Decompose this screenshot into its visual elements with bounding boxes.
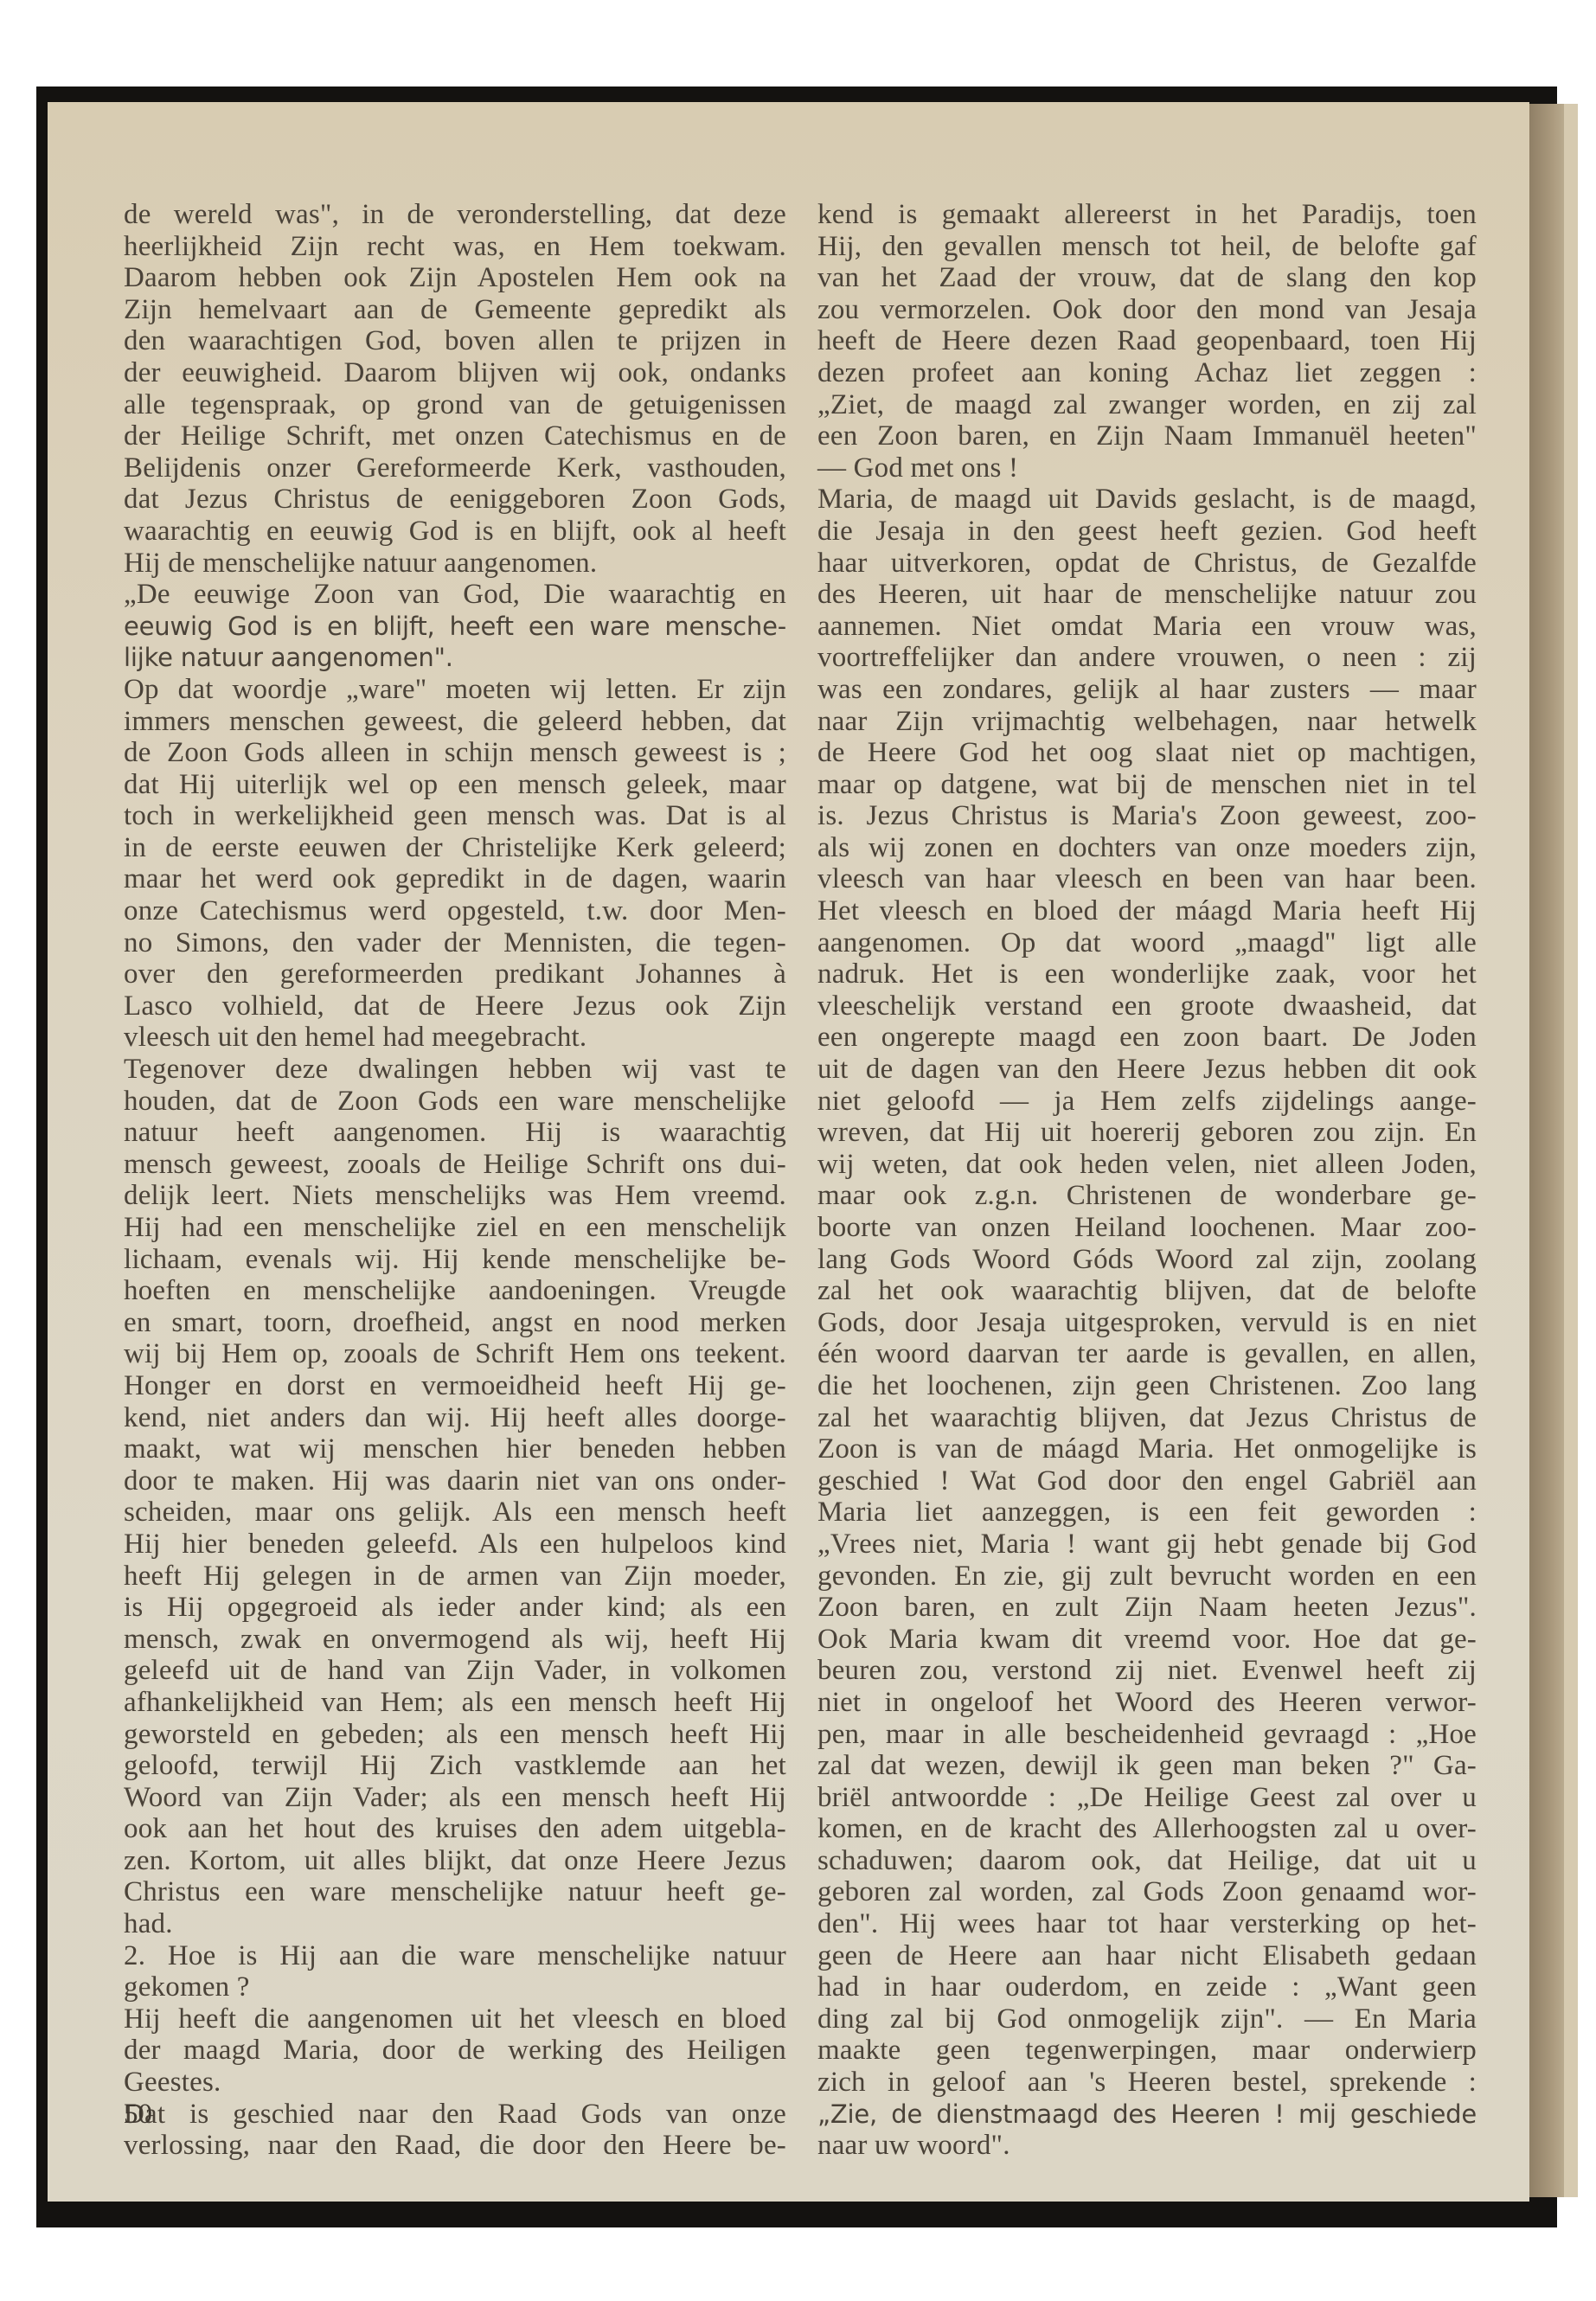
right-text-column: kend is gemaakt allereerst in het Paradi… xyxy=(817,199,1477,2162)
text-line: briël antwoordde : „De Heilige Geest zal… xyxy=(817,1782,1477,1814)
text-line: alle tegenspraak, op grond van de getuig… xyxy=(124,389,786,421)
text-line: is. Jezus Christus is Maria's Zoon gewee… xyxy=(817,800,1477,832)
text-line: Lasco volhield, dat de Heere Jezus ook Z… xyxy=(124,990,786,1022)
text-line: wij weten, dat ook heden velen, niet all… xyxy=(817,1149,1477,1181)
text-line: mensch geweest, zooals de Heilige Schrif… xyxy=(124,1149,786,1181)
text-line: heerlijkheid Zijn recht was, en Hem toek… xyxy=(124,231,786,263)
text-line: als wij zonen en dochters van onze moede… xyxy=(817,832,1477,864)
text-line: door te maken. Hij was daarin niet van o… xyxy=(124,1465,786,1497)
text-line: naar uw woord". xyxy=(817,2130,1477,2162)
text-line: der eeuwigheid. Daarom blijven wij ook, … xyxy=(124,357,786,389)
text-line: immers menschen geweest, die geleerd heb… xyxy=(124,706,786,738)
text-line: vleesch uit den hemel had meegebracht. xyxy=(124,1022,786,1054)
text-line: hoeften en menschelijke aandoeningen. Vr… xyxy=(124,1275,786,1307)
text-line: wreven, dat Hij uit hoererij geboren zou… xyxy=(817,1117,1477,1149)
text-line: ding zal bij God onmogelijk zijn". — En … xyxy=(817,2003,1477,2035)
text-line: gekomen ? xyxy=(124,1971,786,2003)
text-line: dezen profeet aan koning Achaz liet zegg… xyxy=(817,357,1477,389)
text-line: naar Zijn vrijmachtig welbehagen, naar h… xyxy=(817,706,1477,738)
text-line: eeuwig God is en blijft, heeft een ware … xyxy=(124,611,786,643)
text-line: no Simons, den vader der Mennisten, die … xyxy=(124,927,786,959)
text-line: mensch, zwak en onvermogend als wij, hee… xyxy=(124,1624,786,1656)
text-line: Belijdenis onzer Gereformeerde Kerk, vas… xyxy=(124,452,786,484)
text-line: natuur heeft aangenomen. Hij is waaracht… xyxy=(124,1117,786,1149)
text-line: Geestes. xyxy=(124,2067,786,2099)
text-line: had in haar ouderdom, en zeide : „Want g… xyxy=(817,1971,1477,2003)
text-line: dat Hij uiterlijk wel op een mensch gele… xyxy=(124,769,786,801)
text-line: een Zoon baren, en Zijn Naam Immanuël he… xyxy=(817,420,1477,452)
text-line: de Zoon Gods alleen in schijn mensch gew… xyxy=(124,737,786,769)
text-line: haar uitverkoren, opdat de Christus, de … xyxy=(817,548,1477,580)
text-line: „Zie, de dienstmaagd des Heeren ! mij ge… xyxy=(817,2099,1477,2131)
text-line: maar ook z.g.n. Christenen de wonderbare… xyxy=(817,1180,1477,1212)
text-line: wij bij Hem op, zooals de Schrift Hem on… xyxy=(124,1338,786,1370)
text-line: nadruk. Het is een wonderlijke zaak, voo… xyxy=(817,958,1477,990)
text-line: Hij heeft die aangenomen uit het vleesch… xyxy=(124,2003,786,2035)
text-line: vleesch van haar vleesch en been van haa… xyxy=(817,863,1477,895)
text-line: Daarom hebben ook Zijn Apostelen Hem ook… xyxy=(124,262,786,294)
text-line: „De eeuwige Zoon van God, Die waarachtig… xyxy=(124,579,786,611)
text-line: toch in werkelijkheid geen mensch was. D… xyxy=(124,800,786,832)
text-line: lang Gods Woord Góds Woord zal zijn, zoo… xyxy=(817,1244,1477,1276)
text-line: maar op datgene, wat bij de menschen nie… xyxy=(817,769,1477,801)
text-line: een ongerepte maagd een zoon baart. De J… xyxy=(817,1022,1477,1054)
text-line: scheiden, maar ons gelijk. Als een mensc… xyxy=(124,1497,786,1529)
text-line: „Vrees niet, Maria ! want gij hebt genad… xyxy=(817,1529,1477,1561)
text-line: gevonden. En zie, gij zult bevrucht word… xyxy=(817,1561,1477,1593)
text-line: in de eerste eeuwen der Christelijke Ker… xyxy=(124,832,786,864)
text-line: komen, en de kracht des Allerhoogsten za… xyxy=(817,1813,1477,1845)
text-line: zal dat wezen, dewijl ik geen man beken … xyxy=(817,1750,1477,1782)
text-line: maakte geen tegenwerpingen, maar onderwi… xyxy=(817,2035,1477,2067)
page-number: 50 xyxy=(124,2099,152,2131)
text-line: Ook Maria kwam dit vreemd voor. Hoe dat … xyxy=(817,1624,1477,1656)
text-line: Hij de menschelijke natuur aangenomen. xyxy=(124,548,786,580)
text-line: die Jesaja in den geest heeft gezien. Go… xyxy=(817,516,1477,548)
text-line: Maria, de maagd uit Davids geslacht, is … xyxy=(817,484,1477,516)
text-line: Op dat woordje „ware" moeten wij letten.… xyxy=(124,674,786,706)
text-line: zal het waarachtig blijven, dat Jezus Ch… xyxy=(817,1402,1477,1434)
text-line: zen. Kortom, uit alles blijkt, dat onze … xyxy=(124,1845,786,1877)
book-edge-shadow xyxy=(1529,104,1564,2197)
text-line: was een zondares, gelijk al haar zusters… xyxy=(817,674,1477,706)
book-page: de wereld was", in de veronderstelling, … xyxy=(48,102,1529,2202)
text-line: Maria liet aanzeggen, is een feit geword… xyxy=(817,1497,1477,1529)
text-line: Zoon is van de máagd Maria. Het onmogeli… xyxy=(817,1433,1477,1465)
text-line: niet in ongeloof het Woord des Heeren ve… xyxy=(817,1687,1477,1719)
text-line: één woord daarvan ter aarde is gevallen,… xyxy=(817,1338,1477,1370)
text-line: lichaam, evenals wij. Hij kende menschel… xyxy=(124,1244,786,1276)
text-line: over den gereformeerden predikant Johann… xyxy=(124,958,786,990)
text-line: van het Zaad der vrouw, dat de slang den… xyxy=(817,262,1477,294)
text-line: zou vermorzelen. Ook door den mond van J… xyxy=(817,294,1477,326)
text-line: den waarachtigen God, boven allen te pri… xyxy=(124,325,786,357)
text-line: des Heeren, uit haar de menschelijke nat… xyxy=(817,579,1477,611)
text-line: vleeschelijk verstand een groote dwaashe… xyxy=(817,990,1477,1022)
text-line: die het loochenen, zijn geen Christenen.… xyxy=(817,1370,1477,1402)
text-line: lijke natuur aangenomen". xyxy=(124,642,786,674)
text-line: houden, dat de Zoon Gods een ware mensch… xyxy=(124,1086,786,1118)
text-line: uit de dagen van den Heere Jezus hebben … xyxy=(817,1054,1477,1086)
text-line: voortreffelijker dan andere vrouwen, o n… xyxy=(817,642,1477,674)
text-line: verlossing, naar den Raad, die door den … xyxy=(124,2130,786,2162)
text-line: „Ziet, de maagd zal zwanger worden, en z… xyxy=(817,389,1477,421)
text-line: dat Jezus Christus de eeniggeboren Zoon … xyxy=(124,484,786,516)
text-line: Zijn hemelvaart aan de Gemeente gepredik… xyxy=(124,294,786,326)
book-edge-pages xyxy=(1564,104,1578,2197)
text-line: delijk leert. Niets menschelijks was Hem… xyxy=(124,1180,786,1212)
text-line: onze Catechismus werd opgesteld, t.w. do… xyxy=(124,895,786,927)
text-line: Gods, door Jesaja uitgesproken, vervuld … xyxy=(817,1307,1477,1339)
text-line: Zoon baren, en zult Zijn Naam heeten Jez… xyxy=(817,1592,1477,1624)
text-line: schaduwen; daarom ook, dat Heilige, dat … xyxy=(817,1845,1477,1877)
text-line: geen de Heere aan haar nicht Elisabeth g… xyxy=(817,1940,1477,1972)
text-line: der Heilige Schrift, met onzen Catechism… xyxy=(124,420,786,452)
text-line: niet geloofd — ja Hem zelfs zijdelings a… xyxy=(817,1086,1477,1118)
text-line: maakt, wat wij menschen hier beneden heb… xyxy=(124,1433,786,1465)
text-line: 2. Hoe is Hij aan die ware menschelijke … xyxy=(124,1940,786,1972)
text-line: had. xyxy=(124,1908,786,1940)
text-line: den". Hij wees haar tot haar versterking… xyxy=(817,1908,1477,1940)
text-line: aangenomen. Op dat woord „maagd" ligt al… xyxy=(817,927,1477,959)
text-line: kend is gemaakt allereerst in het Paradi… xyxy=(817,199,1477,231)
text-line: Dat is geschied naar den Raad Gods van o… xyxy=(124,2099,786,2131)
text-line: heeft Hij gelegen in de armen van Zijn m… xyxy=(124,1561,786,1593)
text-line: Hij had een menschelijke ziel en een men… xyxy=(124,1212,786,1244)
text-line: de wereld was", in de veronderstelling, … xyxy=(124,199,786,231)
text-line: is Hij opgegroeid als ieder ander kind; … xyxy=(124,1592,786,1624)
text-line: zich in geloof aan 's Heeren bestel, spr… xyxy=(817,2067,1477,2099)
text-line: Woord van Zijn Vader; als een mensch hee… xyxy=(124,1782,786,1814)
text-line: geleefd uit de hand van Zijn Vader, in v… xyxy=(124,1655,786,1687)
text-line: afhankelijkheid van Hem; als een mensch … xyxy=(124,1687,786,1719)
text-line: geschied ! Wat God door den engel Gabrië… xyxy=(817,1465,1477,1497)
text-line: zal het ook waarachtig blijven, dat de b… xyxy=(817,1275,1477,1307)
text-line: waarachtig en eeuwig God is en blijft, o… xyxy=(124,516,786,548)
text-line: pen, maar in alle bescheidenheid gevraag… xyxy=(817,1719,1477,1751)
text-line: heeft de Heere dezen Raad geopenbaard, t… xyxy=(817,325,1477,357)
text-line: maar het werd ook gepredikt in de dagen,… xyxy=(124,863,786,895)
left-text-column: de wereld was", in de veronderstelling, … xyxy=(124,199,786,2162)
text-line: Hij hier beneden geleefd. Als een hulpel… xyxy=(124,1529,786,1561)
text-line: en smart, toorn, droefheid, angst en noo… xyxy=(124,1307,786,1339)
text-line: Hij, den gevallen mensch tot heil, de be… xyxy=(817,231,1477,263)
text-line: geboren zal worden, zal Gods Zoon genaam… xyxy=(817,1876,1477,1908)
text-line: Honger en dorst en vermoeidheid heeft Hi… xyxy=(124,1370,786,1402)
text-line: Christus een ware menschelijke natuur he… xyxy=(124,1876,786,1908)
text-line: beuren zou, verstond zij niet. Evenwel h… xyxy=(817,1655,1477,1687)
text-line: Tegenover deze dwalingen hebben wij vast… xyxy=(124,1054,786,1086)
text-line: — God met ons ! xyxy=(817,452,1477,484)
text-line: ook aan het hout des kruises den adem ui… xyxy=(124,1813,786,1845)
text-line: der maagd Maria, door de werking des Hei… xyxy=(124,2035,786,2067)
text-line: boorte van onzen Heiland loochenen. Maar… xyxy=(817,1212,1477,1244)
text-line: de Heere God het oog slaat niet op macht… xyxy=(817,737,1477,769)
text-line: Het vleesch en bloed der máagd Maria hee… xyxy=(817,895,1477,927)
text-line: kend, niet anders dan wij. Hij heeft all… xyxy=(124,1402,786,1434)
text-line: geloofd, terwijl Hij Zich vastklemde aan… xyxy=(124,1750,786,1782)
text-line: geworsteld en gebeden; als een mensch he… xyxy=(124,1719,786,1751)
text-line: aannemen. Niet omdat Maria een vrouw was… xyxy=(817,611,1477,643)
